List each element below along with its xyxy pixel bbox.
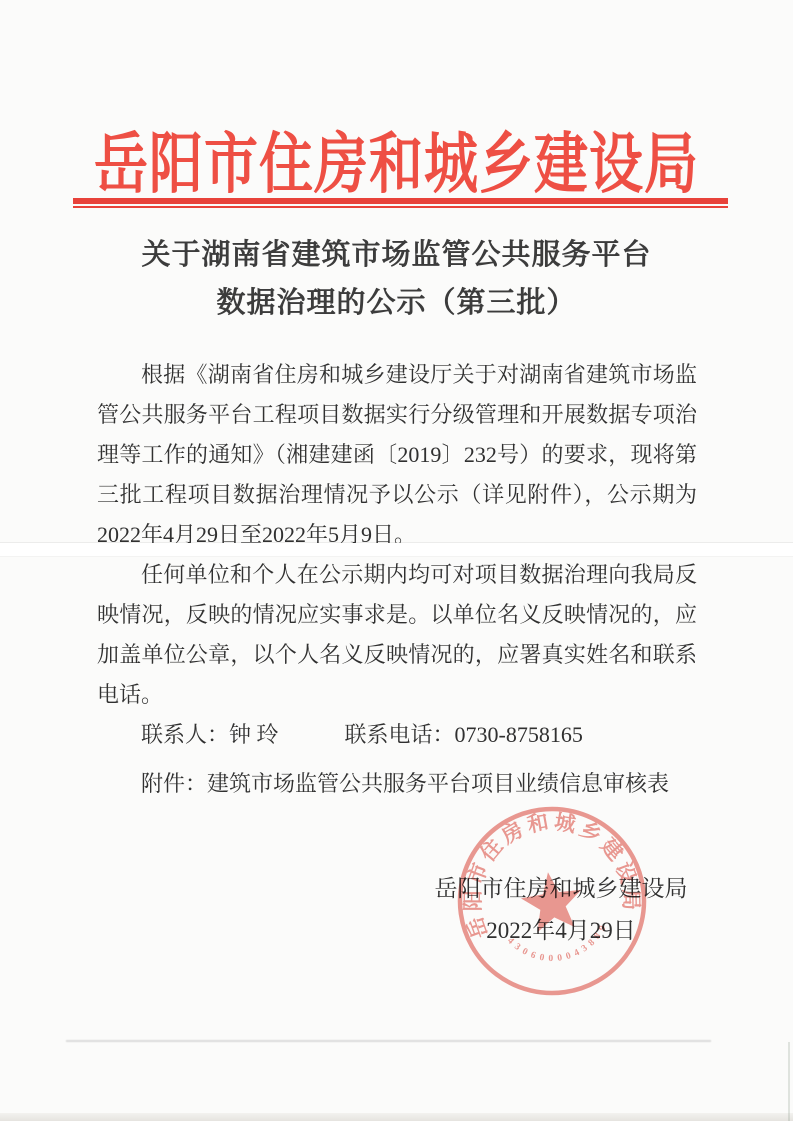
scan-artifact-right-edge bbox=[788, 1042, 790, 1121]
letterhead-title: 岳阳市住房和城乡建设局 bbox=[0, 112, 793, 206]
document-title: 关于湖南省建筑市场监管公共服务平台 数据治理的公示（第三批） bbox=[0, 231, 793, 327]
signature-block: 岳阳市住房和城乡建设局 2022年4月29日 bbox=[401, 868, 721, 952]
scan-artifact-bottom-edge bbox=[0, 1113, 793, 1121]
document-title-line2: 数据治理的公示（第三批） bbox=[0, 279, 793, 327]
contact-line: 联系人：钟 玲 联系电话：0730-8758165 bbox=[97, 715, 697, 755]
scan-artifact-bottom-line bbox=[66, 1040, 711, 1042]
scan-artifact-middle-band bbox=[0, 543, 793, 556]
letterhead-rule-thin bbox=[73, 206, 728, 208]
document-page: 岳阳市住房和城乡建设局 关于湖南省建筑市场监管公共服务平台 数据治理的公示（第三… bbox=[0, 0, 793, 1121]
issuer-name: 岳阳市住房和城乡建设局 bbox=[401, 868, 721, 910]
issue-date: 2022年4月29日 bbox=[401, 910, 721, 952]
paragraph-feedback-instructions: 任何单位和个人在公示期内均可对项目数据治理向我局反映情况，反映的情况应实事求是。… bbox=[97, 555, 697, 715]
paragraph-policy-basis: 根据《湖南省住房和城乡建设厅关于对湖南省建筑市场监管公共服务平台工程项目数据实行… bbox=[97, 355, 697, 555]
document-title-line1: 关于湖南省建筑市场监管公共服务平台 bbox=[0, 231, 793, 279]
letterhead-rule bbox=[73, 198, 728, 208]
attachment-line: 附件：建筑市场监管公共服务平台项目业绩信息审核表 bbox=[97, 764, 697, 804]
